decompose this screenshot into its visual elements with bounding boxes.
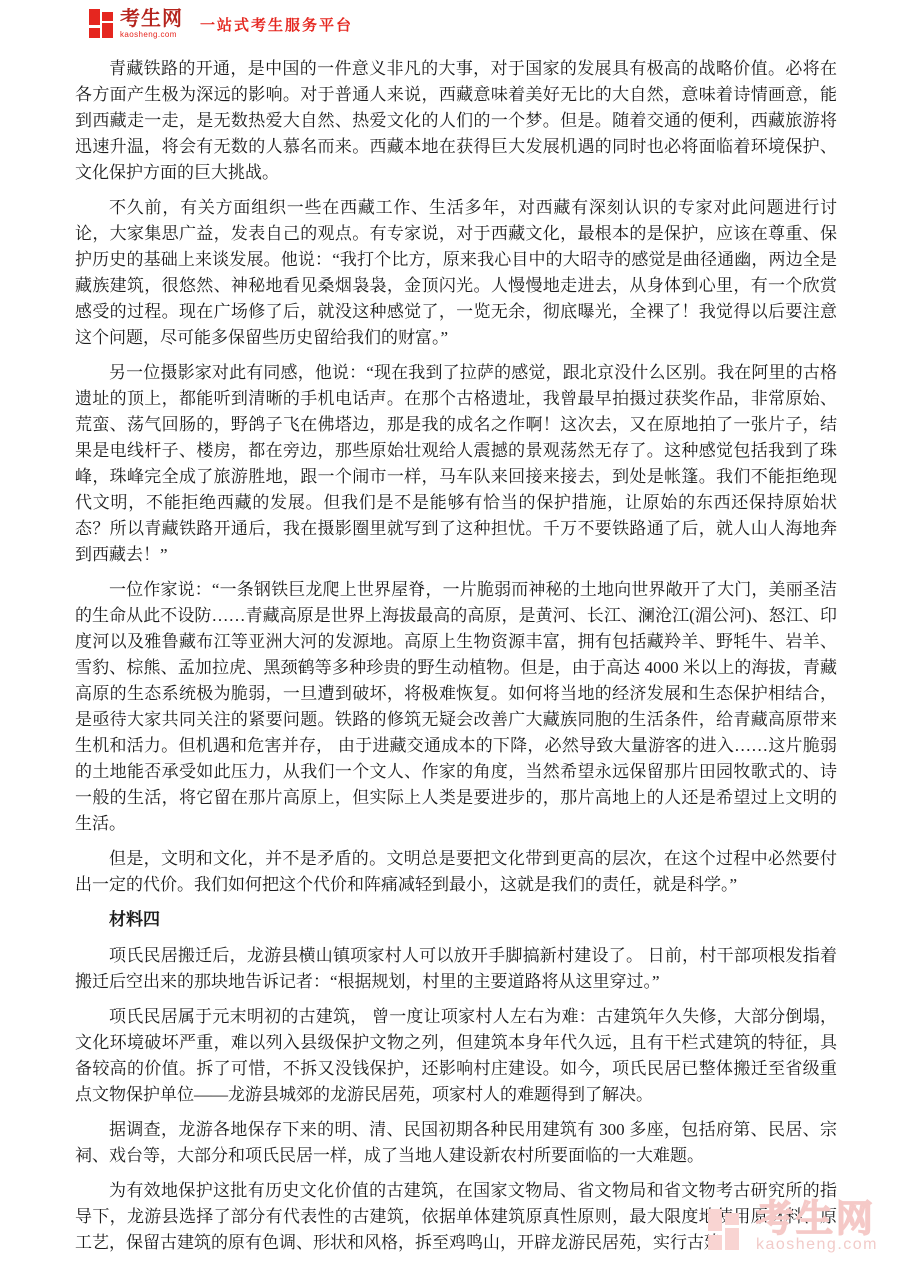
paragraph-9: 为有效地保护这批有历史文化价值的古建筑，在国家文物局、省文物局和省文物考古研究所…	[75, 1178, 837, 1256]
kaosheng-logo: 考生网 kaosheng.com	[89, 9, 183, 39]
site-header: 考生网 kaosheng.com 一站式考生服务平台	[89, 9, 353, 39]
document-body: 青藏铁路的开通，是中国的一件意义非凡的大事，对于国家的发展具有极高的战略价值。必…	[75, 56, 837, 1265]
kaosheng-h-blocks-icon	[89, 9, 116, 38]
brand-slogan: 一站式考生服务平台	[200, 18, 353, 34]
section-heading-material-4: 材料四	[75, 907, 837, 933]
paragraph-7: 项氏民居属于元末明初的古建筑， 曾一度让项家村人左右为难：古建筑年久失修，大部分…	[75, 1004, 837, 1108]
paragraph-1: 青藏铁路的开通，是中国的一件意义非凡的大事，对于国家的发展具有极高的战略价值。必…	[75, 56, 837, 186]
paragraph-2: 不久前，有关方面组织一些在西藏工作、生活多年，对西藏有深刻认识的专家对此问题进行…	[75, 195, 837, 351]
paragraph-5: 但是，文明和文化，并不是矛盾的。文明总是要把文化带到更高的层次，在这个过程中必然…	[75, 846, 837, 898]
paragraph-6: 项氏民居搬迁后，龙游县横山镇项家村人可以放开手脚搞新村建设了。 日前，村干部项根…	[75, 943, 837, 995]
paragraph-3: 另一位摄影家对此有同感，他说：“现在我到了拉萨的感觉，跟北京没什么区别。我在阿里…	[75, 360, 837, 568]
brand-name: 考生网	[120, 9, 183, 30]
paragraph-4: 一位作家说：“一条钢铁巨龙爬上世界屋脊，一片脆弱而神秘的土地向世界敞开了大门，美…	[75, 577, 837, 837]
brand-domain: kaosheng.com	[120, 30, 183, 39]
paragraph-8: 据调查，龙游各地保存下来的明、清、民国初期各种民用建筑有 300 多座，包括府第…	[75, 1117, 837, 1169]
